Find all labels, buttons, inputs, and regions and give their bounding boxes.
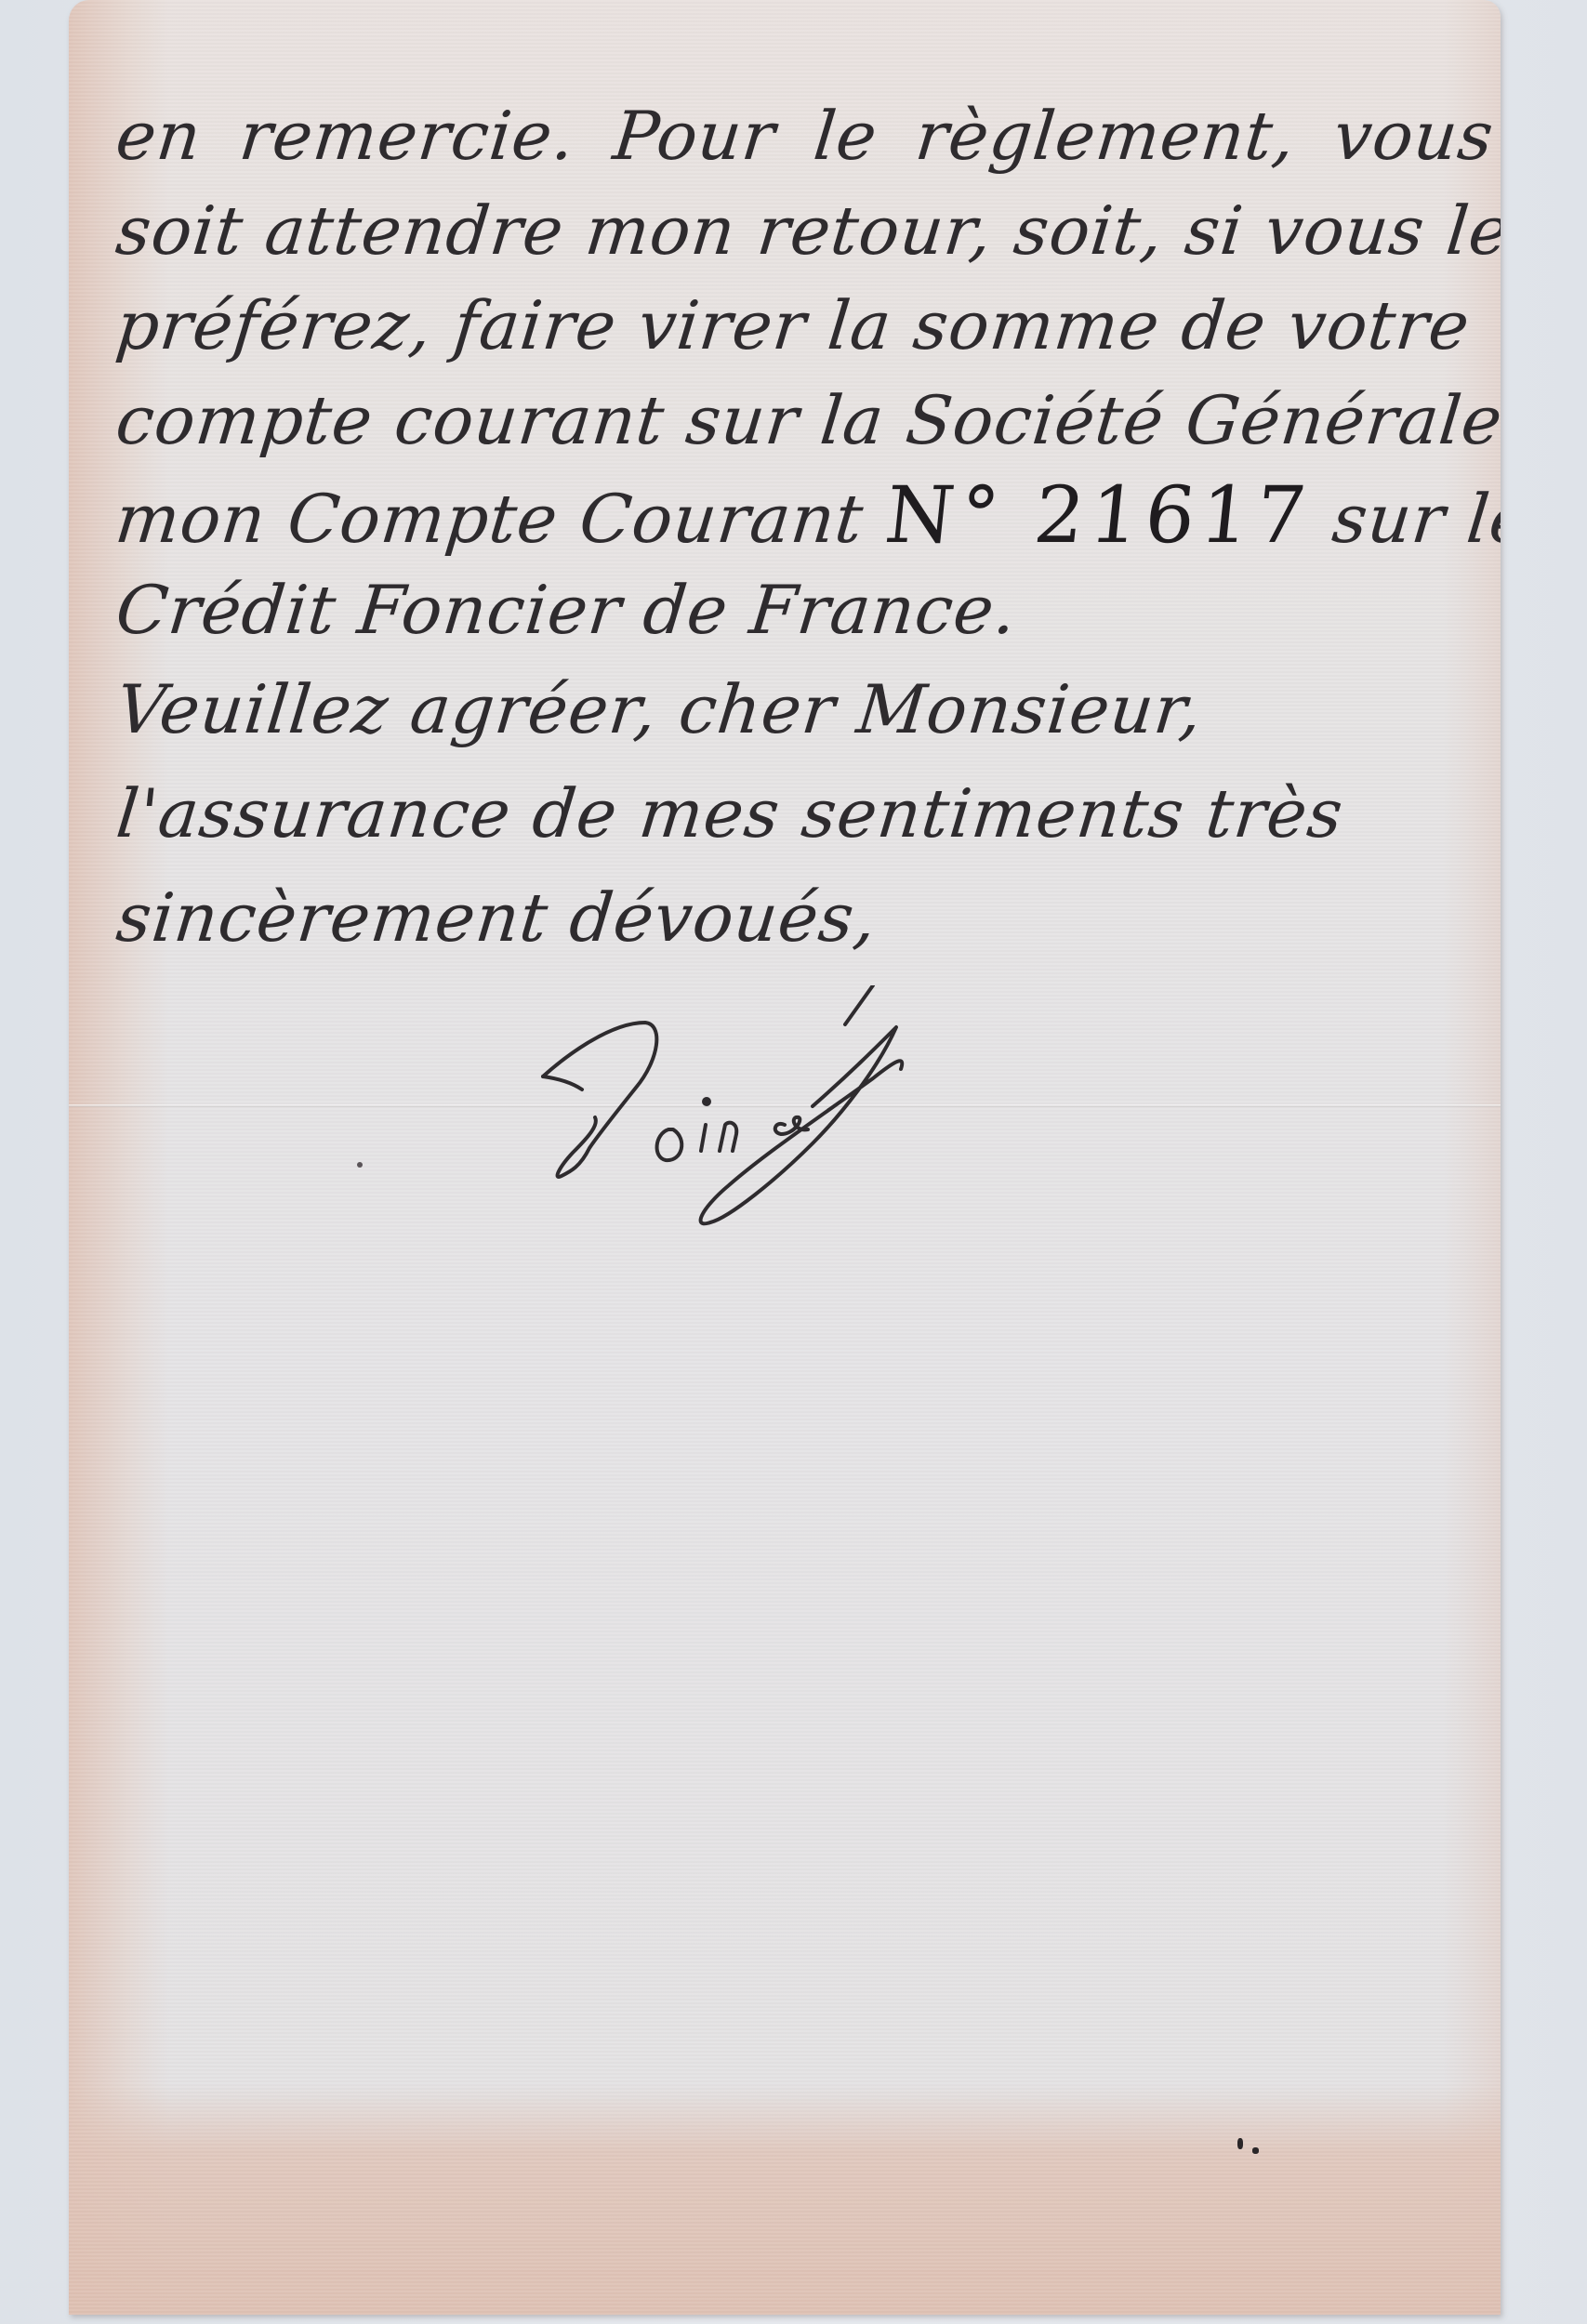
ink-specks [1236,2138,1273,2166]
signature: Poincaré [506,985,989,1246]
letter-line-1: en remercie. Pour le règlement, vous pou… [112,88,1479,183]
account-label: mon Compte Courant [112,480,867,558]
account-number: N° 21617 [881,469,1316,561]
signature-scrawl-icon [506,985,989,1246]
letter-body: en remercie. Pour le règlement, vous pou… [112,88,1469,970]
closing-line-3: sincèrement dévoués, [112,865,1480,970]
letter-line-6: Crédit Foncier de France. [112,562,1479,657]
letter-line-5: mon Compte Courant N° 21617 sur le [112,468,1479,562]
letter-line-2: soit attendre mon retour, soit, si vous … [112,183,1479,278]
letter-line-4: compte courant sur la Société Générale à [112,373,1479,468]
letter-line-3: préférez, faire virer la somme de votre [112,278,1479,373]
ink-dot [357,1162,363,1168]
closing-line-1: Veuillez agréer, cher Monsieur, [112,657,1480,761]
letter-sheet: en remercie. Pour le règlement, vous pou… [69,0,1501,2315]
account-suffix: sur le [1329,480,1501,558]
closing-line-2: l'assurance de mes sentiments très [112,761,1480,865]
